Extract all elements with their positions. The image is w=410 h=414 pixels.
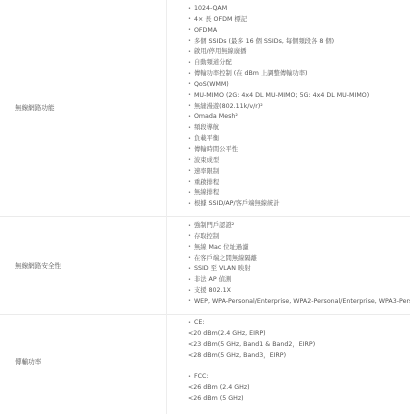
spec-row-wireless-features: 無線網路功能 1024-QAM 4× 長 OFDM 標記 OFDMA 多個 SS… — [0, 0, 410, 217]
spec-label: 傳輸功率 — [15, 356, 41, 366]
list-spacer — [188, 361, 315, 372]
list-item: OFDMA — [188, 26, 369, 37]
list-item: 頻段導航 — [188, 123, 369, 134]
list-item: <23 dBm(5 GHz, Band1 & Band2，EIRP) — [188, 340, 315, 351]
list-item: 支援 802.1X — [188, 286, 410, 297]
column-divider — [166, 216, 167, 314]
spec-label: 無線網路功能 — [15, 102, 55, 112]
list-item: 負載平衡 — [188, 134, 369, 145]
list-item: 啟用/停用無線廣播 — [188, 47, 369, 58]
spec-row-wireless-security: 無線網路安全性 強制門戶認證² 存取控制 無線 Mac 位址過濾 在客戶端之間無… — [0, 216, 410, 315]
list-item: <28 dBm(5 GHz, Band3，EIRP) — [188, 351, 315, 362]
spec-value-list: 強制門戶認證² 存取控制 無線 Mac 位址過濾 在客戶端之間無線隔離 SSID… — [188, 221, 410, 308]
list-item: 傳輸功率控制 (在 dBm 上調整傳輸功率) — [188, 69, 369, 80]
column-divider — [166, 0, 167, 216]
list-item: 根據 SSID/AP/客戶端無線統計 — [188, 199, 369, 210]
list-item: 非法 AP 偵測 — [188, 275, 410, 286]
list-item: 波束成型 — [188, 156, 369, 167]
list-item: 存取控制 — [188, 232, 410, 243]
list-item-ce-heading: CE: — [188, 318, 315, 329]
list-item: SSID 至 VLAN 映射 — [188, 264, 410, 275]
column-divider — [166, 314, 167, 410]
list-item: 1024-QAM — [188, 4, 369, 15]
list-item: <26 dBm (5 GHz) — [188, 394, 315, 405]
spec-label: 無線網路安全性 — [15, 260, 61, 270]
spec-value-list: 1024-QAM 4× 長 OFDM 標記 OFDMA 多個 SSIDs (最多… — [188, 4, 369, 210]
list-item: <26 dBm (2.4 GHz) — [188, 383, 315, 394]
list-item: QoS(WMM) — [188, 80, 369, 91]
list-item: 傳輸時間公平性 — [188, 145, 369, 156]
list-item: Omada Mesh² — [188, 112, 369, 123]
list-item: <20 dBm(2.4 GHz, EIRP) — [188, 329, 315, 340]
list-item: 多個 SSIDs (最多 16 個 SSIDs, 每個頻段各 8 個) — [188, 37, 369, 48]
list-item: 速率限制 — [188, 167, 369, 178]
spec-value-list: CE: <20 dBm(2.4 GHz, EIRP) <23 dBm(5 GHz… — [188, 318, 315, 405]
list-item: WEP, WPA-Personal/Enterprise, WPA2-Perso… — [188, 297, 410, 308]
list-item: 4× 長 OFDM 標記 — [188, 15, 369, 26]
spec-row-transmit-power: 傳輸功率 CE: <20 dBm(2.4 GHz, EIRP) <23 dBm(… — [0, 314, 410, 410]
list-item: 強制門戶認證² — [188, 221, 410, 232]
list-item: MU-MIMO (2G: 4x4 DL MU-MIMO; 5G: 4x4 DL … — [188, 91, 369, 102]
list-item-fcc-heading: FCC: — [188, 372, 315, 383]
list-item: 無縫漫遊(802.11k/v/r)² — [188, 102, 369, 113]
list-item: 在客戶端之間無線隔離 — [188, 254, 410, 265]
list-item: 重啟排程 — [188, 178, 369, 189]
list-item: 無線 Mac 位址過濾 — [188, 243, 410, 254]
list-item: 自動頻道分配 — [188, 58, 369, 69]
list-item: 無線排程 — [188, 188, 369, 199]
